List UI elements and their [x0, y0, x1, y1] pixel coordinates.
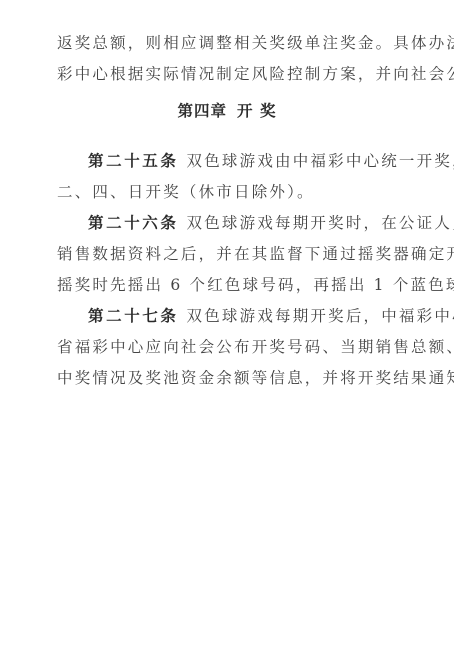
document-page: 返奖总额，则相应调整相关奖级单注奖金。具体办法由中福 彩中心根据实际情况制定风险… [0, 0, 454, 651]
article-27: 第二十七条双色球游戏每期开奖后，中福彩中心和各 [88, 306, 402, 326]
article-label: 第二十五条 [88, 152, 179, 170]
article-text: 双色球游戏由中福彩中心统一开奖，每周 [187, 152, 454, 170]
paragraph-line: 摇奖时先摇出 6 个红色球号码，再摇出 1 个蓝色球号码。 [57, 275, 402, 295]
paragraph-line: 销售数据资料之后，并在其监督下通过摇奖器确定开奖号码。 [57, 244, 402, 264]
article-26: 第二十六条双色球游戏每期开奖时，在公证人员封存 [88, 213, 402, 233]
article-label: 第二十六条 [88, 214, 179, 232]
paragraph-line: 中奖情况及奖池资金余额等信息，并将开奖结果通知销售网 [57, 368, 402, 388]
article-label: 第二十七条 [88, 307, 179, 325]
paragraph-line: 彩中心根据实际情况制定风险控制方案，并向社会公布。 [57, 64, 402, 84]
article-25: 第二十五条双色球游戏由中福彩中心统一开奖，每周 [88, 151, 402, 171]
article-text: 双色球游戏每期开奖后，中福彩中心和各 [187, 307, 454, 325]
article-text: 双色球游戏每期开奖时，在公证人员封存 [187, 214, 454, 232]
chapter-number: 第四章 [178, 102, 228, 120]
chapter-title: 开 奖 [237, 102, 276, 120]
chapter-heading-4: 第四章开 奖 [0, 101, 454, 121]
paragraph-line: 省福彩中心应向社会公布开奖号码、当期销售总额、各奖级 [57, 337, 402, 357]
paragraph-line: 返奖总额，则相应调整相关奖级单注奖金。具体办法由中福 [57, 33, 402, 53]
paragraph-line: 二、四、日开奖（休市日除外）。 [57, 182, 402, 202]
